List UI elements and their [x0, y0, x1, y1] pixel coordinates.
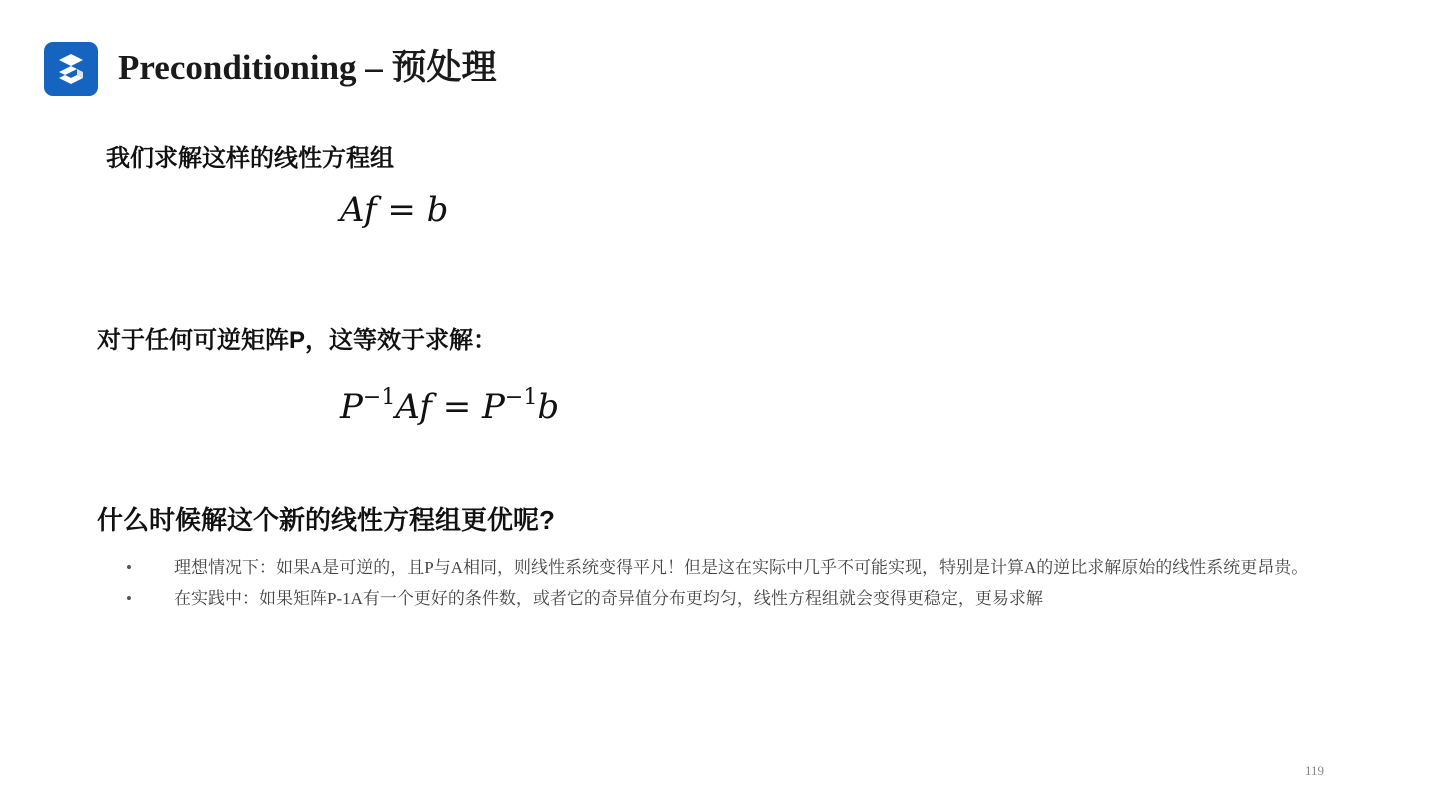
page-number: 119 [1305, 763, 1324, 779]
s-logo-icon [44, 42, 98, 96]
equation-lhs-rest: Af [395, 387, 432, 427]
section-heading-invertible-p: 对于任何可逆矩阵P，这等效于求解： [97, 320, 497, 355]
page-title: Preconditioning – 预处理 [118, 44, 497, 92]
bullet-text: 理想情况下：如果A是可逆的，且P与A相同，则线性系统变得平凡！但是这在实际中几乎… [174, 558, 1308, 577]
equation-equals: = [443, 387, 472, 427]
bullet-icon: • [126, 583, 132, 614]
section-heading-linear-system: 我们求解这样的线性方程组 [106, 138, 394, 173]
equation-exponent: −1 [363, 385, 395, 410]
equation-rhs-p: P [482, 387, 505, 427]
s-logo-glyph-icon [52, 50, 90, 88]
list-item: • 理想情况下：如果A是可逆的，且P与A相同，则线性系统变得平凡！但是这在实际中… [120, 552, 1320, 583]
section-heading-when-better: 什么时候解这个新的线性方程组更优呢? [97, 500, 555, 537]
equation-af-equals-b: Af = b [340, 190, 448, 230]
equation-rhs: b [427, 190, 449, 230]
equation-lhs: Af [340, 190, 377, 230]
equation-equals: = [387, 190, 416, 230]
bullet-list: • 理想情况下：如果A是可逆的，且P与A相同，则线性系统变得平凡！但是这在实际中… [120, 552, 1320, 614]
equation-rhs-exponent: −1 [505, 385, 537, 410]
bullet-icon: • [126, 552, 132, 583]
equation-p: P [340, 387, 363, 427]
bullet-text: 在实践中：如果矩阵P-1A有一个更好的条件数，或者它的奇异值分布更均匀，线性方程… [174, 589, 1043, 608]
list-item: • 在实践中：如果矩阵P-1A有一个更好的条件数，或者它的奇异值分布更均匀，线性… [120, 583, 1320, 614]
equation-preconditioned: P−1Af = P−1b [340, 385, 559, 427]
equation-rhs-rest: b [537, 387, 559, 427]
